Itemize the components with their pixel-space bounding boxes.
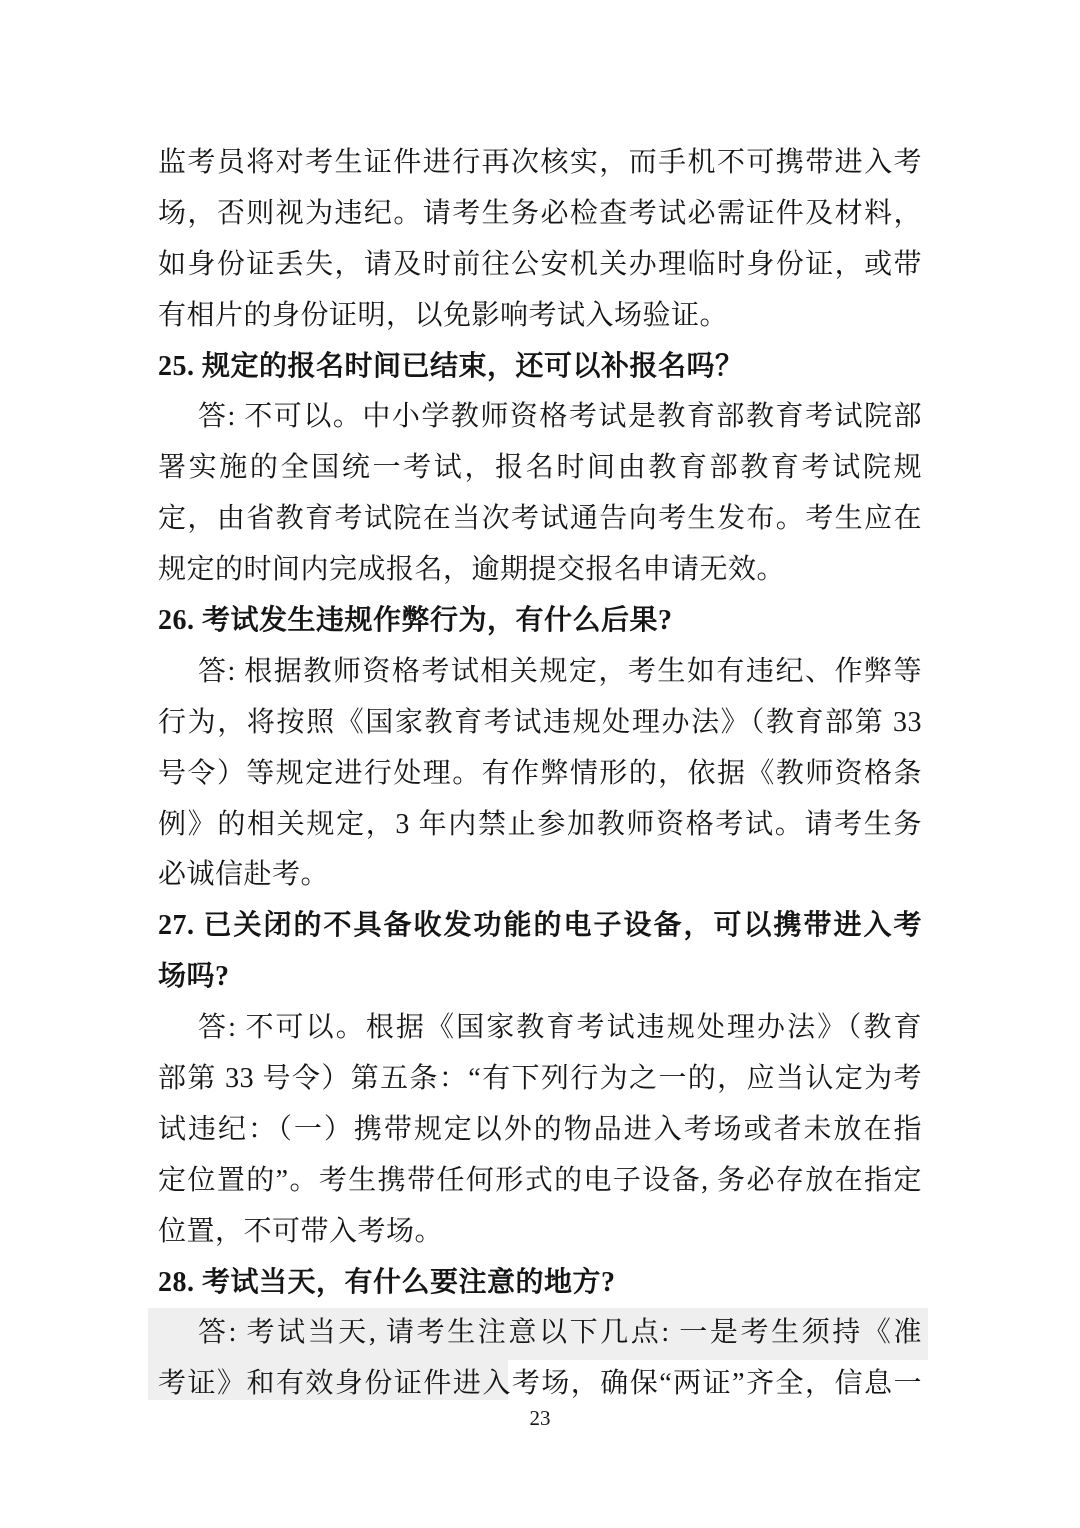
page-number: 23	[0, 1406, 1080, 1431]
answer-text-line: 答: 根据教师资格考试相关规定，考生如有违纪、作弊等	[158, 647, 922, 698]
answer-text-line: 号令）等规定进行处理。有作弊情形的，依据《教师资格条	[158, 749, 922, 800]
question-heading-line: 25. 规定的报名时间已结束，还可以补报名吗？	[158, 342, 922, 393]
document-body: 监考员将对考生证件进行再次核实，而手机不可携带进入考场，否则视为违纪。请考生务必…	[158, 138, 922, 1410]
page: { "page": { "background": "#ffffff", "pa…	[0, 0, 1080, 1528]
question-heading-line: 26. 考试发生违规作弊行为，有什么后果?	[158, 596, 922, 647]
answer-text-line: 位置，不可带入考场。	[158, 1207, 922, 1258]
body-text-line: 有相片的身份证明，以免影响考试入场验证。	[158, 291, 922, 342]
question-heading-line: 场吗?	[158, 952, 922, 1003]
answer-text-line: 必诚信赴考。	[158, 850, 922, 901]
answer-text-line: 试违纪：（一）携带规定以外的物品进入考场或者未放在指	[158, 1105, 922, 1156]
answer-text-line: 考证》和有效身份证件进入考场，确保“两证”齐全，信息一	[158, 1359, 922, 1410]
answer-text-line: 例》的相关规定，3 年内禁止参加教师资格考试。请考生务	[158, 800, 922, 851]
answer-text-line: 答: 不可以。中小学教师资格考试是教育部教育考试院部	[158, 392, 922, 443]
answer-text-line: 规定的时间内完成报名，逾期提交报名申请无效。	[158, 545, 922, 596]
answer-text-line: 行为，将按照《国家教育考试违规处理办法》（教育部第 33	[158, 698, 922, 749]
document-page: 监考员将对考生证件进行再次核实，而手机不可携带进入考场，否则视为违纪。请考生务必…	[0, 0, 1080, 1528]
answer-text-line: 答: 考试当天, 请考生注意以下几点: 一是考生须持《准	[158, 1308, 922, 1359]
body-text-line: 如身份证丢失，请及时前往公安机关办理临时身份证，或带	[158, 240, 922, 291]
answer-text-line: 定位置的”。考生携带任何形式的电子设备, 务必存放在指定	[158, 1156, 922, 1207]
body-text-line: 监考员将对考生证件进行再次核实，而手机不可携带进入考	[158, 138, 922, 189]
body-text-line: 场，否则视为违纪。请考生务必检查考试必需证件及材料，	[158, 189, 922, 240]
answer-text-line: 部第 33 号令）第五条：“有下列行为之一的，应当认定为考	[158, 1054, 922, 1105]
answer-text-line: 署实施的全国统一考试，报名时间由教育部教育考试院规	[158, 443, 922, 494]
answer-text-line: 答: 不可以。根据《国家教育考试违规处理办法》（教育	[158, 1003, 922, 1054]
question-heading-line: 27. 已关闭的不具备收发功能的电子设备，可以携带进入考	[158, 901, 922, 952]
question-heading-line: 28. 考试当天，有什么要注意的地方?	[158, 1258, 922, 1309]
answer-text-line: 定，由省教育考试院在当次考试通告向考生发布。考生应在	[158, 494, 922, 545]
